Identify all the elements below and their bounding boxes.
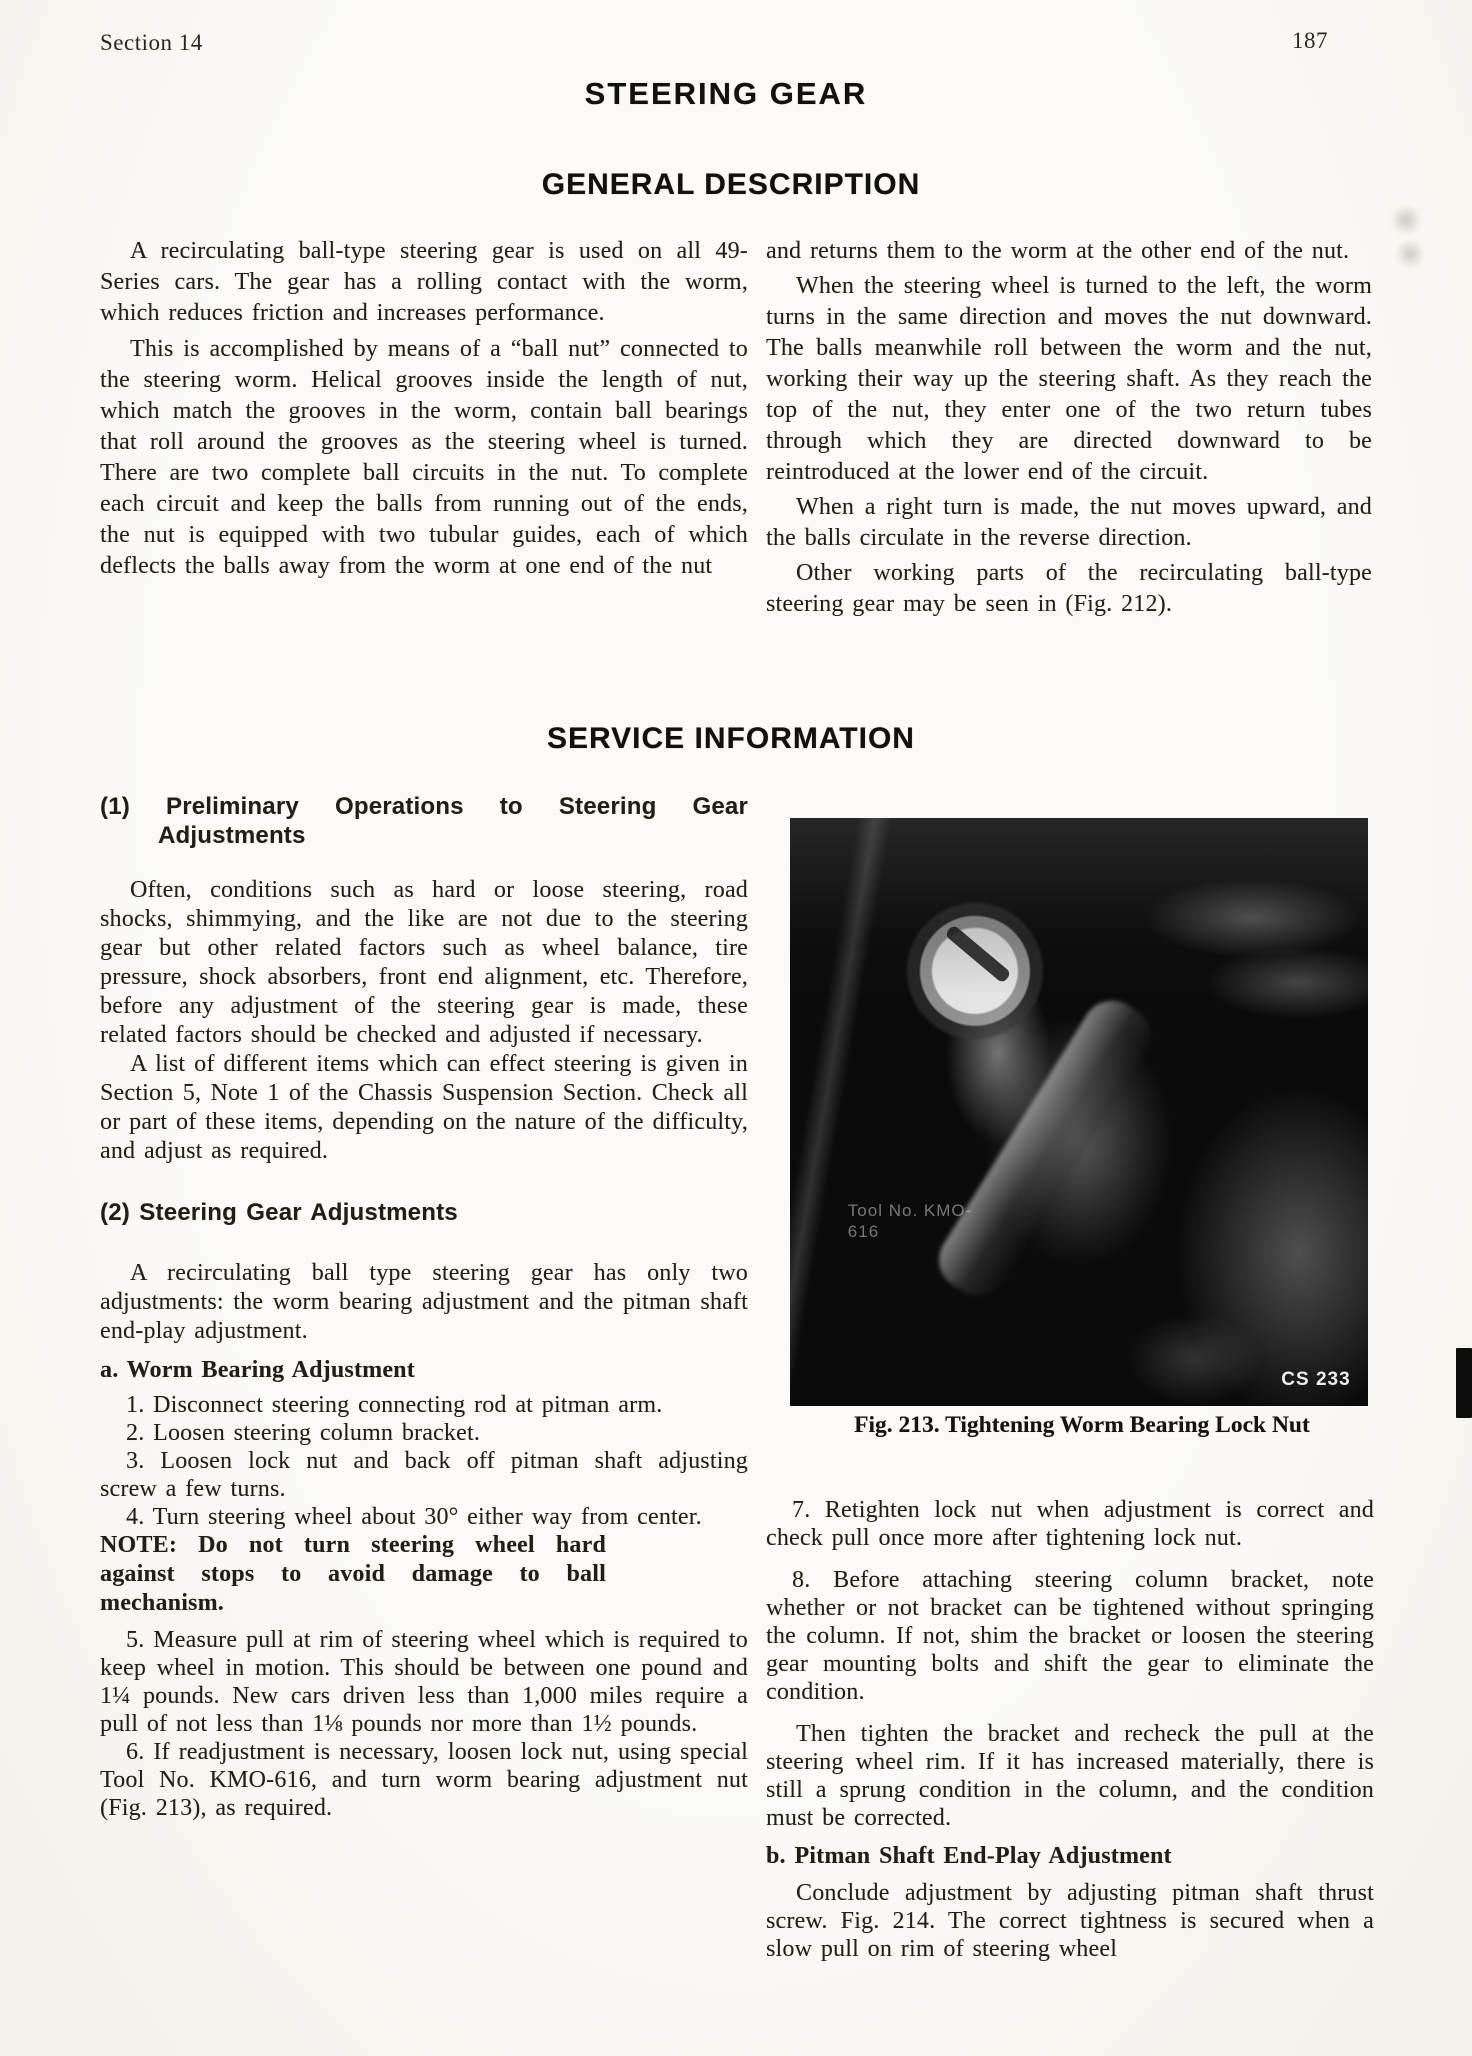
paragraph: This is accomplished by means of a “ball…	[100, 334, 748, 582]
heading-general-description: GENERAL DESCRIPTION	[0, 168, 1462, 202]
heading-worm-bearing-adjustment: a. Worm Bearing Adjustment	[100, 1356, 748, 1385]
photo-tool-label: Tool No. KMO-616	[848, 1200, 978, 1242]
section-label: Section 14	[100, 30, 203, 56]
list-item: 4. Turn steering wheel about 30° either …	[100, 1503, 748, 1531]
paragraph: Then tighten the bracket and recheck the…	[766, 1720, 1374, 1832]
note-block: NOTE: Do not turn steering wheel hard ag…	[100, 1531, 606, 1618]
scan-smudge	[1396, 238, 1424, 270]
list-item: 2. Loosen steering column bracket.	[100, 1419, 748, 1447]
page-edge-tab-mark	[1456, 1348, 1472, 1418]
paragraph: A recirculating ball type steering gear …	[100, 1259, 748, 1346]
paragraph: When the steering wheel is turned to the…	[766, 271, 1372, 488]
paragraph: A list of different items which can effe…	[100, 1050, 748, 1166]
general-description-left-column: A recirculating ball-type steering gear …	[100, 236, 748, 582]
service-left-column: (1) Preliminary Operations to Steering G…	[100, 792, 748, 1822]
list-item: 1. Disconnect steering connecting rod at…	[100, 1391, 748, 1419]
heading-pitman-shaft-end-play: b. Pitman Shaft End-Play Adjustment	[766, 1842, 1374, 1871]
list-item: 3. Loosen lock nut and back off pitman s…	[100, 1447, 748, 1503]
page-number: 187	[1292, 28, 1328, 54]
list-item: 6. If readjustment is necessary, loosen …	[100, 1738, 748, 1822]
paragraph: When a right turn is made, the nut moves…	[766, 492, 1372, 554]
list-item: 7. Retighten lock nut when adjustment is…	[766, 1496, 1374, 1552]
list-item: 5. Measure pull at rim of steering wheel…	[100, 1626, 748, 1738]
paragraph: Conclude adjustment by adjusting pitman …	[766, 1879, 1374, 1963]
paragraph: Often, conditions such as hard or loose …	[100, 876, 748, 1050]
service-right-column: 7. Retighten lock nut when adjustment is…	[766, 1496, 1374, 1963]
heading-steering-gear-adjustments: (2) Steering Gear Adjustments	[100, 1198, 748, 1227]
figure-caption: Fig. 213. Tightening Worm Bearing Lock N…	[758, 1412, 1406, 1439]
list-item: 8. Before attaching steering column brac…	[766, 1566, 1374, 1706]
photo-code-label: CS 233	[1281, 1369, 1350, 1391]
paragraph: A recirculating ball-type steering gear …	[100, 236, 748, 329]
paragraph: and returns them to the worm at the othe…	[766, 236, 1372, 267]
figure-photo-tightening-lock-nut: Tool No. KMO-616 CS 233	[790, 818, 1368, 1406]
page-title: STEERING GEAR	[0, 76, 1452, 112]
scan-smudge	[1388, 206, 1424, 234]
general-description-right-column: and returns them to the worm at the othe…	[766, 236, 1372, 620]
paragraph: Other working parts of the recirculating…	[766, 558, 1372, 620]
heading-service-information: SERVICE INFORMATION	[0, 722, 1462, 756]
manual-page: Section 14 187 STEERING GEAR GENERAL DES…	[0, 0, 1472, 2056]
heading-preliminary-operations: (1) Preliminary Operations to Steering G…	[100, 792, 748, 850]
